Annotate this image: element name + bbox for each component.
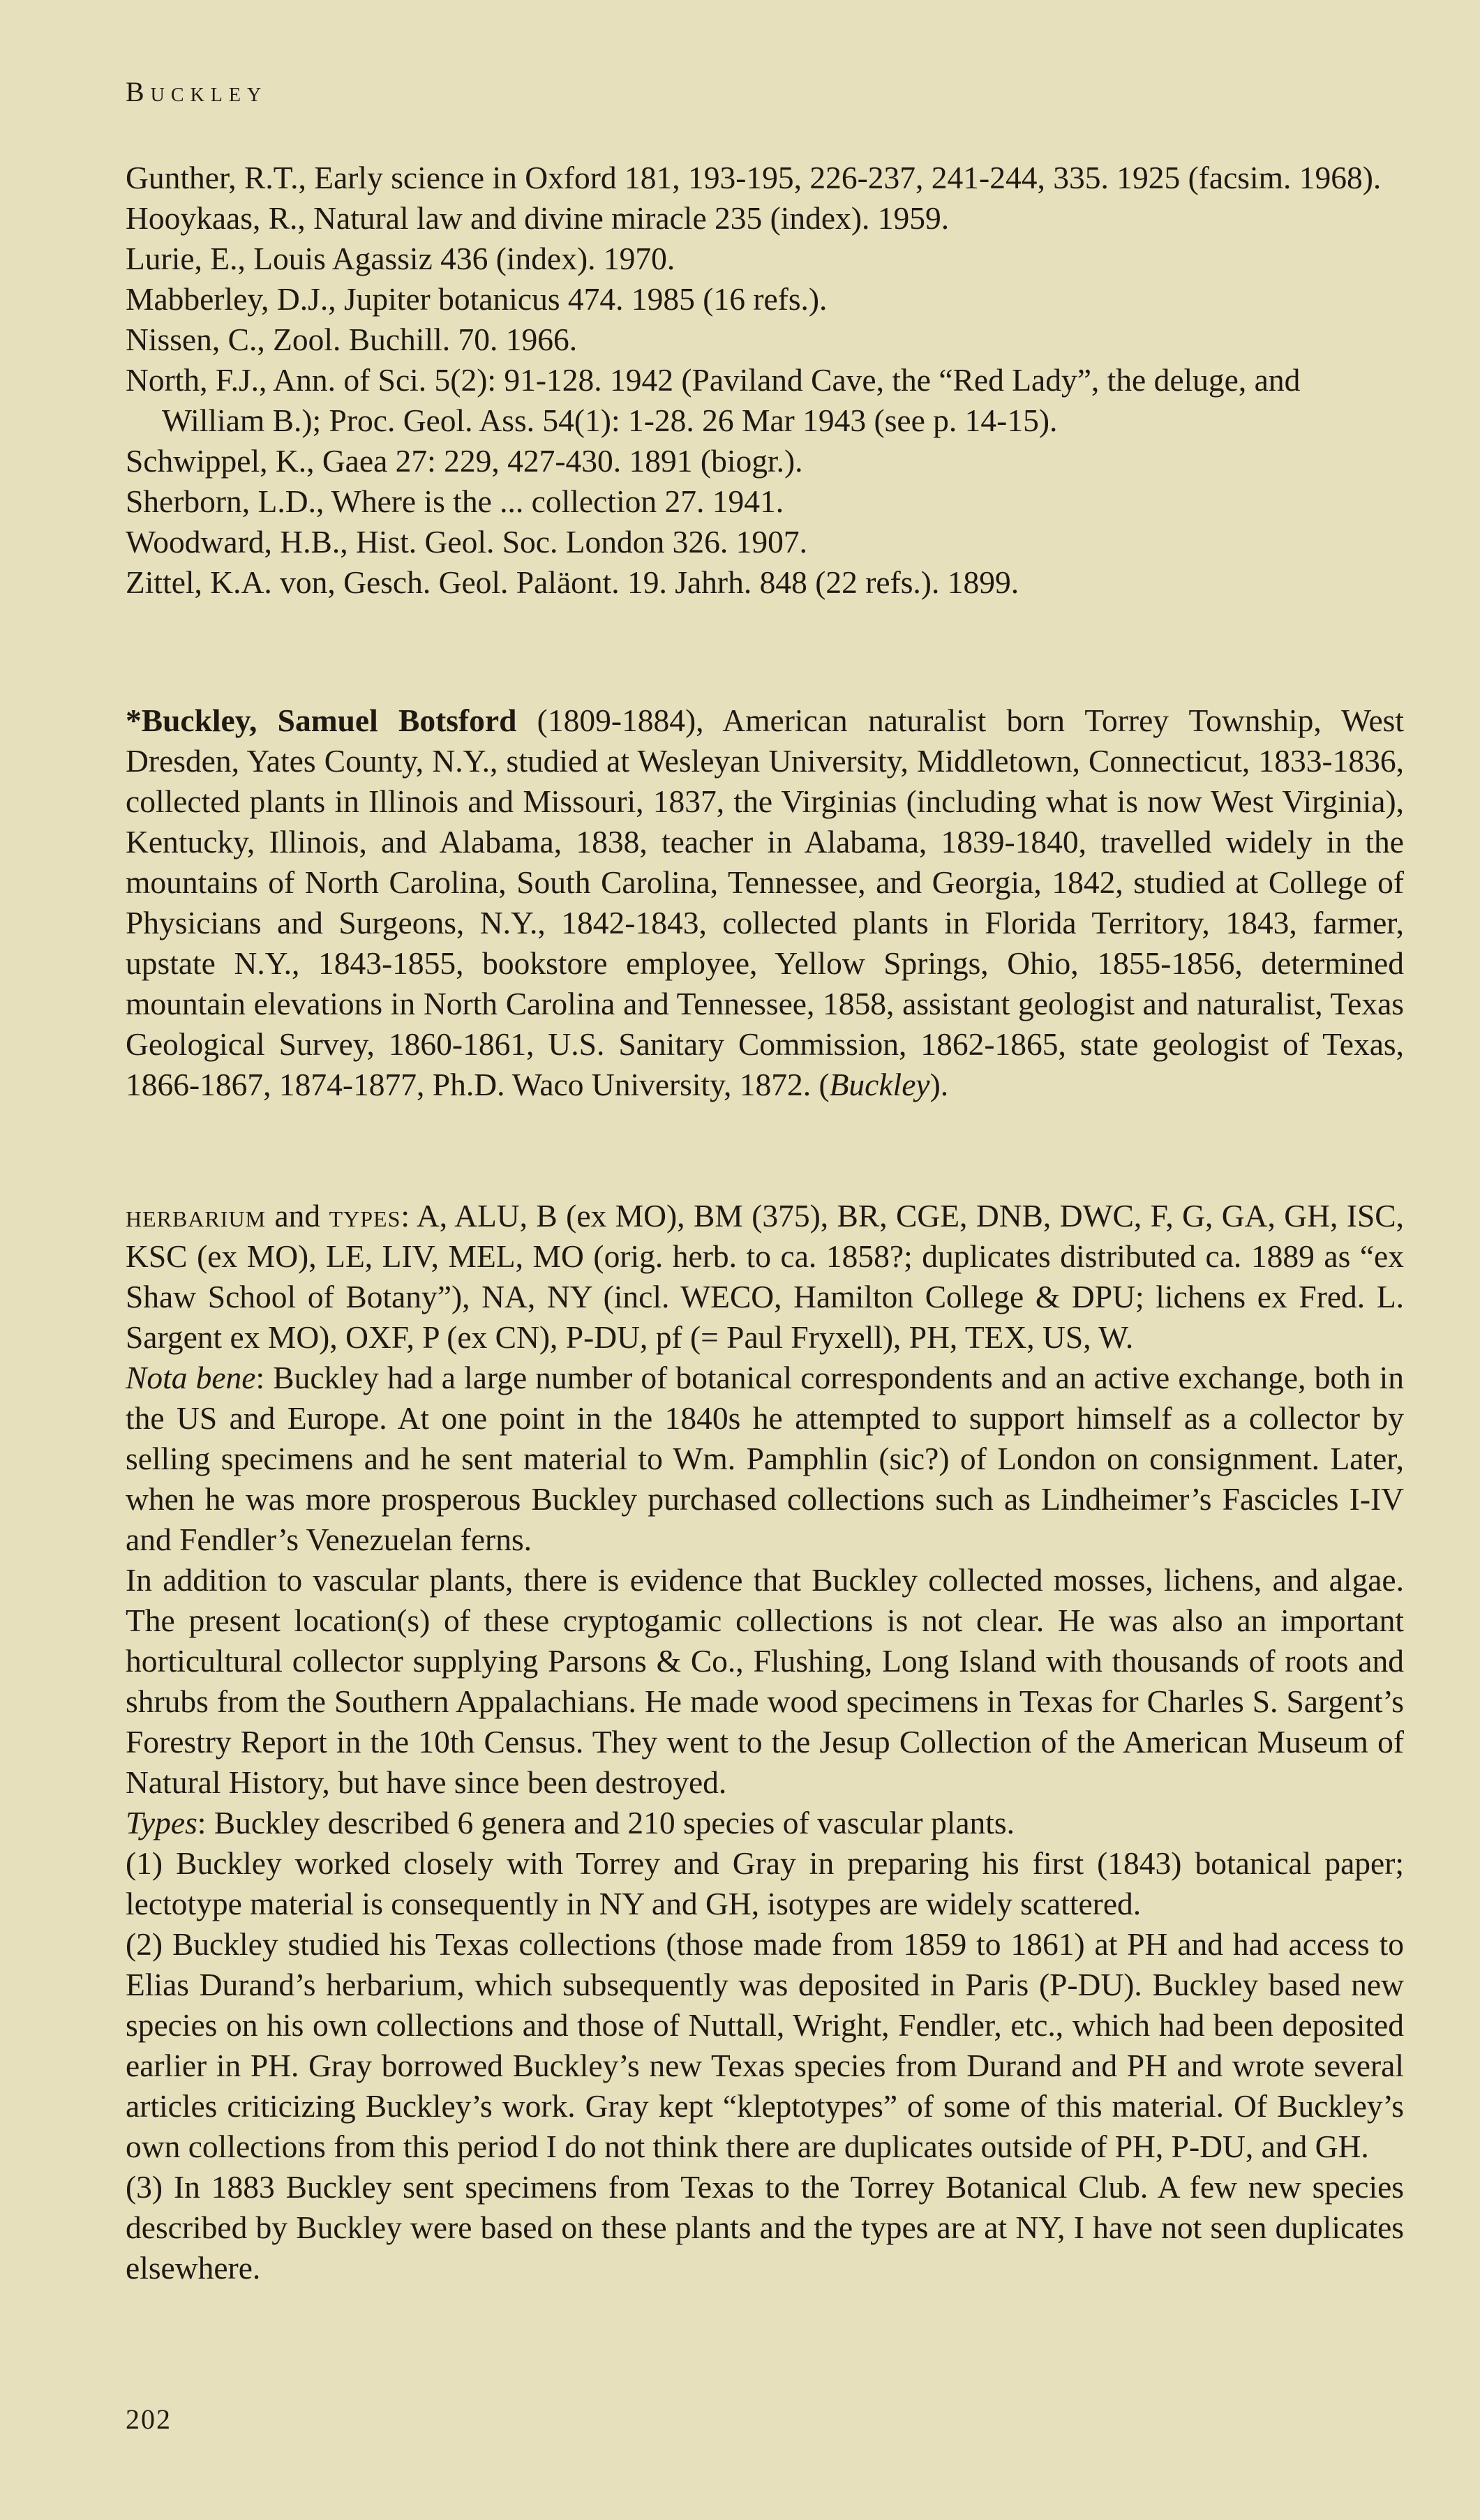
biography-entry: *Buckley, Samuel Botsford (1809-1884), A… [126,700,1404,1105]
cryptogams-paragraph: In addition to vascular plants, there is… [126,1560,1404,1803]
reference-item: Nissen, C., Zool. Buchill. 70. 1966. [126,320,1404,360]
reference-item: Woodward, H.B., Hist. Geol. Soc. London … [126,522,1404,562]
herbarium-paragraph: Herbarium and types: A, ALU, B (ex MO), … [126,1196,1404,1358]
notes-section: Herbarium and types: A, ALU, B (ex MO), … [126,1196,1404,2288]
herbarium-label-and: and [266,1198,329,1233]
biography-text: (1809-1884), American naturalist born To… [126,703,1404,1102]
reference-item: North, F.J., Ann. of Sci. 5(2): 91-128. … [126,360,1404,441]
herbarium-label: Herbarium [126,1198,266,1233]
reference-list: Gunther, R.T., Early science in Oxford 1… [126,158,1404,603]
reference-item: Schwippel, K., Gaea 27: 229, 427-430. 18… [126,441,1404,481]
types-paragraph: Types: Buckley described 6 genera and 21… [126,1803,1404,1843]
reference-item: Mabberley, D.J., Jupiter botanicus 474. … [126,279,1404,320]
type-note: (2) Buckley studied his Texas collection… [126,1924,1404,2167]
running-head: Buckley [126,78,267,106]
reference-item: Hooykaas, R., Natural law and divine mir… [126,198,1404,239]
entry-name: *Buckley, Samuel Botsford [126,703,516,738]
reference-item: Sherborn, L.D., Where is the ... collect… [126,481,1404,522]
reference-item: Lurie, E., Louis Agassiz 436 (index). 19… [126,239,1404,279]
page-number: 202 [126,2403,172,2436]
type-note: (1) Buckley worked closely with Torrey a… [126,1843,1404,1924]
type-note: (3) In 1883 Buckley sent specimens from … [126,2167,1404,2288]
nota-bene-paragraph: Nota bene: Buckley had a large number of… [126,1358,1404,1560]
nota-bene-text: : Buckley had a large number of botanica… [126,1360,1404,1557]
eponymy: Buckley [830,1067,930,1102]
biography-end: ). [930,1067,949,1102]
types-heading: Types [126,1805,197,1840]
reference-item: Gunther, R.T., Early science in Oxford 1… [126,158,1404,198]
nota-bene-label: Nota bene [126,1360,255,1395]
types-text: : Buckley described 6 genera and 210 spe… [197,1805,1015,1840]
reference-item: Zittel, K.A. von, Gesch. Geol. Paläont. … [126,562,1404,603]
types-label: types [329,1198,401,1233]
